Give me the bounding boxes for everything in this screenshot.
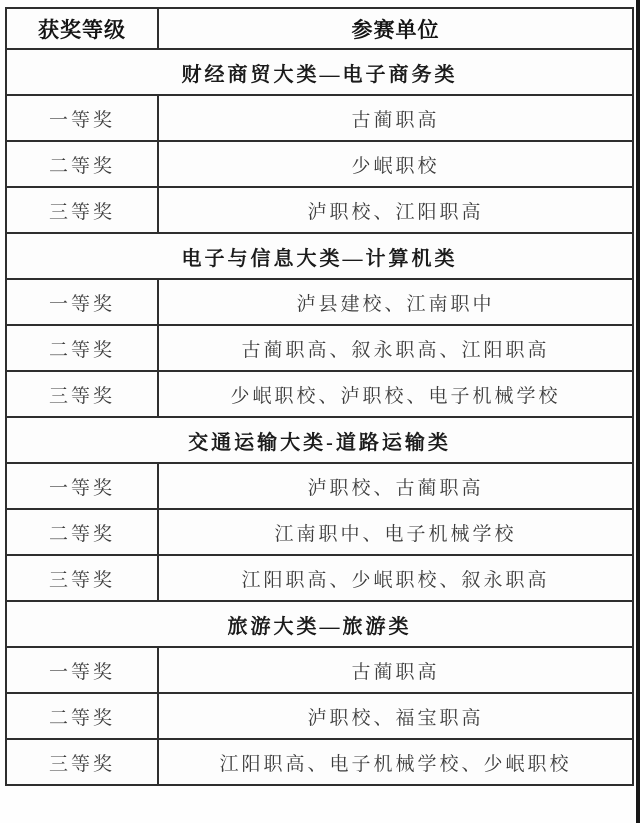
section-header-row: 财经商贸大类—电子商务类 — [6, 49, 633, 95]
section-header-row: 交通运输大类-道路运输类 — [6, 417, 633, 463]
award-level-cell: 三等奖 — [6, 739, 158, 785]
column-header-award-level: 获奖等级 — [6, 8, 158, 49]
award-level-cell: 三等奖 — [6, 187, 158, 233]
table-row: 二等奖泸职校、福宝职高 — [6, 693, 633, 739]
award-level-cell: 一等奖 — [6, 279, 158, 325]
participating-unit-cell: 古蔺职高、叙永职高、江阳职高 — [158, 325, 633, 371]
header-row: 获奖等级 参赛单位 — [6, 8, 633, 49]
section-title: 电子与信息大类—计算机类 — [6, 233, 633, 279]
table-row: 三等奖江阳职高、电子机械学校、少岷职校 — [6, 739, 633, 785]
table-row: 二等奖少岷职校 — [6, 141, 633, 187]
screen-right-edge-strip — [636, 0, 640, 823]
table-row: 三等奖少岷职校、泸职校、电子机械学校 — [6, 371, 633, 417]
participating-unit-cell: 少岷职校、泸职校、电子机械学校 — [158, 371, 633, 417]
award-level-cell: 一等奖 — [6, 95, 158, 141]
award-level-cell: 三等奖 — [6, 371, 158, 417]
table-row: 二等奖古蔺职高、叙永职高、江阳职高 — [6, 325, 633, 371]
section-title: 交通运输大类-道路运输类 — [6, 417, 633, 463]
section-title: 财经商贸大类—电子商务类 — [6, 49, 633, 95]
table-row: 一等奖古蔺职高 — [6, 647, 633, 693]
award-level-cell: 一等奖 — [6, 463, 158, 509]
participating-unit-cell: 泸职校、江阳职高 — [158, 187, 633, 233]
column-header-participating-unit: 参赛单位 — [158, 8, 633, 49]
participating-unit-cell: 泸县建校、江南职中 — [158, 279, 633, 325]
participating-unit-cell: 江阳职高、电子机械学校、少岷职校 — [158, 739, 633, 785]
participating-unit-cell: 泸职校、古蔺职高 — [158, 463, 633, 509]
section-header-row: 旅游大类—旅游类 — [6, 601, 633, 647]
awards-table: 获奖等级 参赛单位 财经商贸大类—电子商务类一等奖古蔺职高二等奖少岷职校三等奖泸… — [5, 7, 634, 786]
participating-unit-cell: 江南职中、电子机械学校 — [158, 509, 633, 555]
participating-unit-cell: 古蔺职高 — [158, 95, 633, 141]
table-row: 三等奖泸职校、江阳职高 — [6, 187, 633, 233]
award-level-cell: 二等奖 — [6, 325, 158, 371]
page: 获奖等级 参赛单位 财经商贸大类—电子商务类一等奖古蔺职高二等奖少岷职校三等奖泸… — [0, 0, 640, 823]
award-level-cell: 二等奖 — [6, 141, 158, 187]
award-level-cell: 三等奖 — [6, 555, 158, 601]
participating-unit-cell: 泸职校、福宝职高 — [158, 693, 633, 739]
section-header-row: 电子与信息大类—计算机类 — [6, 233, 633, 279]
section-title: 旅游大类—旅游类 — [6, 601, 633, 647]
table-row: 二等奖江南职中、电子机械学校 — [6, 509, 633, 555]
participating-unit-cell: 江阳职高、少岷职校、叙永职高 — [158, 555, 633, 601]
award-level-cell: 二等奖 — [6, 509, 158, 555]
table-row: 一等奖泸职校、古蔺职高 — [6, 463, 633, 509]
participating-unit-cell: 古蔺职高 — [158, 647, 633, 693]
participating-unit-cell: 少岷职校 — [158, 141, 633, 187]
table-row: 一等奖古蔺职高 — [6, 95, 633, 141]
table-row: 一等奖泸县建校、江南职中 — [6, 279, 633, 325]
award-level-cell: 一等奖 — [6, 647, 158, 693]
award-level-cell: 二等奖 — [6, 693, 158, 739]
table-row: 三等奖江阳职高、少岷职校、叙永职高 — [6, 555, 633, 601]
